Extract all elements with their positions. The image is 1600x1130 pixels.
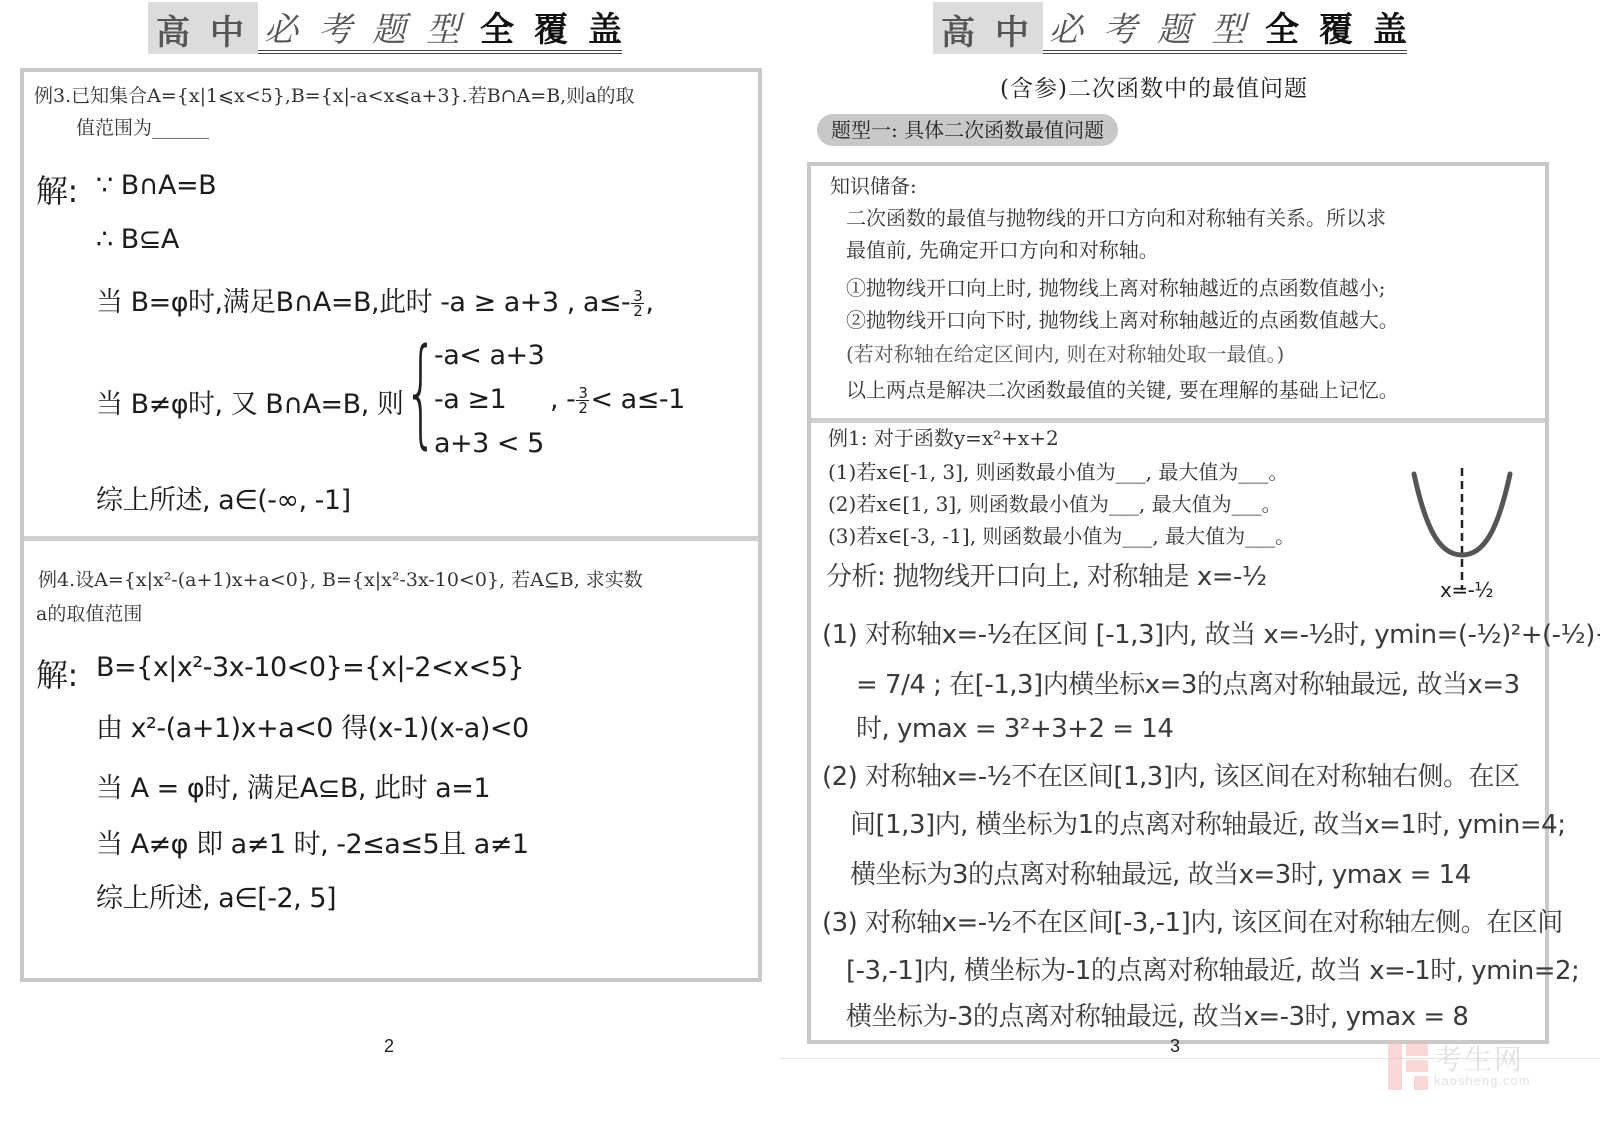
step3-text: 当 B=φ时,满足B∩A=B,此时 -a ≥ a+3 , a≤- bbox=[96, 287, 630, 318]
example4-step4: 当 A≠φ 即 a≠1 时, -2≤a≤5且 a≠1 bbox=[96, 822, 529, 861]
page-3: 高 中 必 考 题 型 全 覆 盖 (含参)二次函数中的最值问题 题型一: 具体… bbox=[800, 0, 1600, 1130]
denominator: 2 bbox=[576, 401, 589, 415]
banner-highlight: 高 中 bbox=[933, 2, 1043, 54]
banner-char: 型 bbox=[426, 2, 460, 51]
solution-label: 解: bbox=[36, 650, 78, 696]
banner-char: 全 bbox=[1265, 2, 1299, 51]
solution1-line1: (1) 对称轴x=-½在区间 [-1,3]内, 故当 x=-½时, ymin=(… bbox=[822, 614, 1600, 651]
banner-char: 中 bbox=[210, 5, 244, 54]
brace-icon: { bbox=[404, 332, 438, 450]
banner-highlight: 高 中 bbox=[148, 2, 258, 54]
result-prefix: , - bbox=[550, 384, 575, 415]
system-eq-1: -a< a+3 bbox=[434, 340, 544, 371]
example3-step1: ∵ B∩A=B bbox=[96, 170, 216, 201]
banner-char: 覆 bbox=[534, 2, 568, 51]
knowledge-para-line2: 最值前, 先确定开口方向和对称轴。 bbox=[846, 234, 1159, 267]
knowledge-summary: 以上两点是解决二次函数最值的关键, 要在理解的基础上记忆。 bbox=[846, 374, 1399, 407]
section-subtitle: (含参)二次函数中的最值问题 bbox=[1000, 70, 1308, 103]
watermark-en: kaosheng.com bbox=[1434, 1074, 1531, 1087]
solution2-line1: (2) 对称轴x=-½不在区间[1,3]内, 该区间在对称轴右侧。在区 bbox=[822, 756, 1520, 793]
knowledge-para-line1: 二次函数的最值与抛物线的开口方向和对称轴有关系。所以求 bbox=[846, 202, 1386, 235]
watermark-cn: 考生网 bbox=[1434, 1046, 1531, 1074]
example3-question-line1: 例3.已知集合A={x|1⩽x<5},B={x|-a<x⩽a+3}.若B∩A=B… bbox=[34, 80, 635, 113]
banner-underlined: 必 考 题 型 全 覆 盖 bbox=[1043, 2, 1407, 54]
example3-question-line2: 值范围为______ bbox=[76, 112, 209, 145]
topic-pill: 题型一: 具体二次函数最值问题 bbox=[817, 114, 1118, 146]
header-banner: 高 中 必 考 题 型 全 覆 盖 bbox=[933, 2, 1407, 54]
example4-question-line1: 例4.设A={x|x²-(a+1)x+a<0}, B={x|x²-3x-10<0… bbox=[38, 564, 643, 597]
knowledge-point1: ①抛物线开口向上时, 抛物线上离对称轴越近的点函数值越小; bbox=[846, 272, 1385, 305]
banner-char: 必 bbox=[1049, 2, 1083, 51]
step3-suffix: , bbox=[645, 287, 653, 318]
fraction: 32 bbox=[576, 386, 589, 415]
example3-step4: 当 B≠φ时, 又 B∩A=B, 则 bbox=[96, 382, 403, 421]
solution1-line3: 时, ymax = 3²+3+2 = 14 bbox=[856, 708, 1173, 745]
example3-step2: ∴ B⊆A bbox=[96, 224, 179, 255]
watermark: 考生网 kaosheng.com bbox=[1388, 1040, 1548, 1092]
banner-char: 题 bbox=[372, 2, 406, 51]
fraction: 32 bbox=[631, 289, 644, 318]
solution3-line2: [-3,-1]内, 横坐标为-1的点离对称轴最近, 故当 x=-1时, ymin… bbox=[846, 950, 1579, 987]
denominator: 2 bbox=[631, 304, 644, 318]
example1-q1: (1)若x∈[-1, 3], 则函数最小值为___, 最大值为___。 bbox=[828, 456, 1288, 489]
example3-step4-result: , -32< a≤-1 bbox=[550, 384, 685, 415]
banner-char: 高 bbox=[156, 5, 190, 54]
solution2-line3: 横坐标为3的点离对称轴最远, 故当x=3时, ymax = 14 bbox=[850, 854, 1471, 891]
banner-char: 中 bbox=[995, 5, 1029, 54]
solution1-line2: = 7/4 ; 在[-1,3]内横坐标x=3的点离对称轴最远, 故当x=3 bbox=[856, 664, 1520, 701]
example3-conclusion: 综上所述, a∈(-∞, -1] bbox=[96, 478, 351, 517]
example4-step2: 由 x²-(a+1)x+a<0 得(x-1)(x-a)<0 bbox=[96, 706, 529, 745]
example1-q2: (2)若x∈[1, 3], 则函数最小值为___, 最大值为___。 bbox=[828, 488, 1282, 521]
solution2-line2: 间[1,3]内, 横坐标为1的点离对称轴最近, 故当x=1时, ymin=4; bbox=[850, 804, 1565, 841]
banner-char: 盖 bbox=[1373, 2, 1407, 51]
example1-title: 例1: 对于函数y=x²+x+2 bbox=[828, 422, 1059, 455]
solution3-line3: 横坐标为-3的点离对称轴最远, 故当x=-3时, ymax = 8 bbox=[846, 996, 1468, 1033]
example1-q3: (3)若x∈[-3, -1], 则函数最小值为___, 最大值为___。 bbox=[828, 520, 1295, 553]
result-suffix: < a≤-1 bbox=[590, 384, 684, 415]
example4-step1: B={x|x²-3x-10<0}={x|-2<x<5} bbox=[96, 652, 524, 683]
knowledge-heading: 知识储备: bbox=[830, 170, 917, 203]
banner-char: 考 bbox=[318, 2, 352, 51]
watermark-logo-icon bbox=[1388, 1042, 1428, 1090]
banner-char: 高 bbox=[941, 5, 975, 54]
solution3-line1: (3) 对称轴x=-½不在区间[-3,-1]内, 该区间在对称轴左侧。在区间 bbox=[822, 902, 1563, 939]
graph-axis-label: x=-½ bbox=[1440, 578, 1493, 602]
banner-underlined: 必 考 题 型 全 覆 盖 bbox=[258, 2, 622, 54]
header-banner: 高 中 必 考 题 型 全 覆 盖 bbox=[148, 2, 622, 54]
system-eq-3: a+3 < 5 bbox=[434, 428, 544, 459]
example4-step3: 当 A = φ时, 满足A⊆B, 此时 a=1 bbox=[96, 766, 490, 805]
banner-char: 覆 bbox=[1319, 2, 1353, 51]
box-divider bbox=[24, 536, 758, 541]
page-2: 高 中 必 考 题 型 全 覆 盖 例3.已知集合A={x|1⩽x<5},B={… bbox=[0, 0, 800, 1130]
banner-char: 题 bbox=[1157, 2, 1191, 51]
knowledge-point2: ②抛物线开口向下时, 抛物线上离对称轴越近的点函数值越大。 bbox=[846, 304, 1399, 337]
banner-char: 必 bbox=[264, 2, 298, 51]
solution-label: 解: bbox=[36, 166, 78, 212]
banner-char: 全 bbox=[480, 2, 514, 51]
banner-char: 型 bbox=[1211, 2, 1245, 51]
page-number: 3 bbox=[1170, 1036, 1180, 1057]
page-number: 2 bbox=[384, 1036, 394, 1057]
banner-char: 盖 bbox=[588, 2, 622, 51]
example4-question-line2: a的取值范围 bbox=[36, 598, 142, 631]
example1-analysis: 分析: 抛物线开口向上, 对称轴是 x=-½ bbox=[826, 556, 1267, 593]
knowledge-note: (若对称轴在给定区间内, 则在对称轴处取一最值。) bbox=[846, 338, 1284, 371]
system-eq-2: -a ≥1 bbox=[434, 384, 506, 415]
banner-char: 考 bbox=[1103, 2, 1137, 51]
example3-step3: 当 B=φ时,满足B∩A=B,此时 -a ≥ a+3 , a≤-32, bbox=[96, 280, 653, 319]
example4-conclusion: 综上所述, a∈[-2, 5] bbox=[96, 876, 336, 915]
